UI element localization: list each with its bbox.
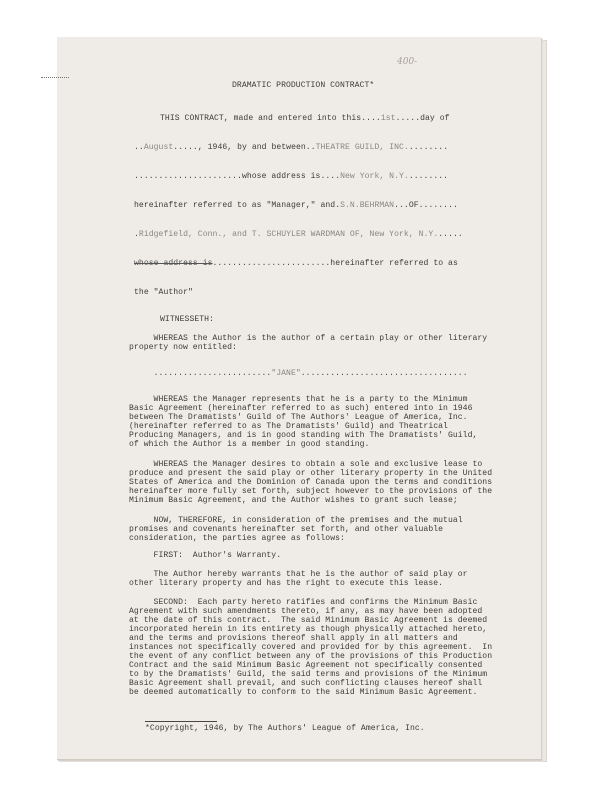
text: , by and between.. [227, 143, 315, 152]
paragraph-line: produce and present the said play or oth… [129, 469, 492, 478]
whereas-1-line-1: WHEREAS the Author is the author of a ce… [129, 334, 487, 343]
footnote: *Copyright, 1946, by The Authors' League… [145, 724, 425, 733]
paragraph-line: at the date of this contract. The said M… [129, 616, 487, 625]
pencil-note: 400- [397, 57, 417, 67]
filled-year: 46 [217, 143, 227, 152]
filled-manager-name: THEATRE GUILD, INC. [316, 143, 409, 152]
paragraph-line: Minimum Basic Agreement, and the Author … [129, 496, 458, 505]
filled-manager-address: New York, N.Y. [340, 172, 409, 181]
paragraph-line: Basic Agreement (hereinafter referred to… [129, 404, 473, 413]
struck-text: whose address is [134, 259, 213, 268]
filled-day: 1st [381, 114, 396, 123]
text: .. [134, 143, 144, 152]
preamble-line-3: ......................whose address is..… [134, 172, 448, 181]
paragraph-line: of which the Author is a member in good … [129, 440, 369, 449]
paragraph-line: Producing Managers, and is in good stand… [129, 431, 477, 440]
text: ......................whose address is..… [134, 172, 340, 181]
text: .................................. [301, 369, 468, 378]
preamble-line-5: .Ridgefield, Conn., and T. SCHUYLER WARD… [134, 230, 463, 239]
text: .....day of [396, 114, 450, 123]
text: THIS CONTRACT, made and entered into thi… [160, 114, 381, 123]
text: ........................ [129, 369, 271, 378]
text: ........................hereinafter refe… [213, 259, 458, 268]
paragraph-line: between The Dramatists' Guild of The Aut… [129, 413, 468, 422]
filled-author-name: S.N.BEHRMAN [340, 201, 394, 210]
paragraph-line: Basic Agreement shall prevail, and such … [129, 679, 482, 688]
paragraph-line: promises and covenants hereinafter set f… [129, 525, 443, 534]
paragraph-line: hereinafter more fully set forth, subjec… [129, 487, 492, 496]
paragraph-line: WHEREAS the Manager desires to obtain a … [129, 460, 482, 469]
paragraph-line: Contract and the said Minimum Basic Agre… [129, 661, 482, 670]
filled-month: August [144, 143, 173, 152]
paragraph-line: incorporated herein in its entirety as t… [129, 625, 487, 634]
paragraph-line: the event of any conflict between any of… [129, 652, 492, 661]
paragraph-line: to by the Dramatists' Guild, the said te… [129, 670, 487, 679]
preamble-line-6: whose address is........................… [134, 259, 458, 268]
paragraph-line: instances not specifically covered and p… [129, 643, 492, 652]
text: ........ [409, 172, 448, 181]
paragraph-line: be deemed automatically to conform to th… [129, 688, 477, 697]
witnesseth-heading: WITNESSETH: [160, 315, 214, 324]
preamble-line-1: THIS CONTRACT, made and entered into thi… [160, 114, 450, 123]
filled-play-title: "JANE" [271, 369, 300, 378]
preamble-line-7: the "Author" [134, 288, 193, 297]
play-title-line: ........................"JANE"..........… [129, 369, 468, 378]
text: hereinafter referred to as "Manager," an… [134, 201, 340, 210]
paragraph-line: Agreement with such amendments thereto, … [129, 607, 482, 616]
filled-author-address: Ridgefield, Conn., and T. SCHUYLER WARDM… [139, 230, 438, 239]
paragraph-line: other literary property and has the righ… [129, 579, 443, 588]
paragraph-line: WHEREAS the Manager represents that he i… [129, 395, 468, 404]
whereas-1-line-2: property now entitled: [129, 343, 237, 352]
paragraph-line: The Author hereby warrants that he is th… [129, 570, 468, 579]
text: ........ [409, 143, 448, 152]
preamble-line-4: hereinafter referred to as "Manager," an… [134, 201, 458, 210]
paragraph-line: (hereinafter referred to as The Dramatis… [129, 422, 448, 431]
text: ....., 19 [173, 143, 217, 152]
paragraph-line: SECOND: Each party hereto ratifies and c… [129, 598, 477, 607]
document-title: DRAMATIC PRODUCTION CONTRACT* [232, 81, 374, 90]
paragraph-line: and the terms and provisions thereof sha… [129, 634, 458, 643]
paragraph-line: States of America and the Dominion of Ca… [129, 478, 492, 487]
text: ...OF........ [394, 201, 458, 210]
paragraph-line: consideration, the parties agree as foll… [129, 534, 345, 543]
contract-page: 400- DRAMATIC PRODUCTION CONTRACT* THIS … [57, 37, 541, 760]
first-heading: FIRST: Author's Warranty. [129, 551, 281, 560]
preamble-line-2: ..August....., 1946, by and between..THE… [134, 143, 448, 152]
text: ..... [438, 230, 463, 239]
footnote-rule [145, 721, 217, 722]
margin-mark [41, 77, 69, 78]
paragraph-line: NOW, THEREFORE, in consideration of the … [129, 516, 463, 525]
